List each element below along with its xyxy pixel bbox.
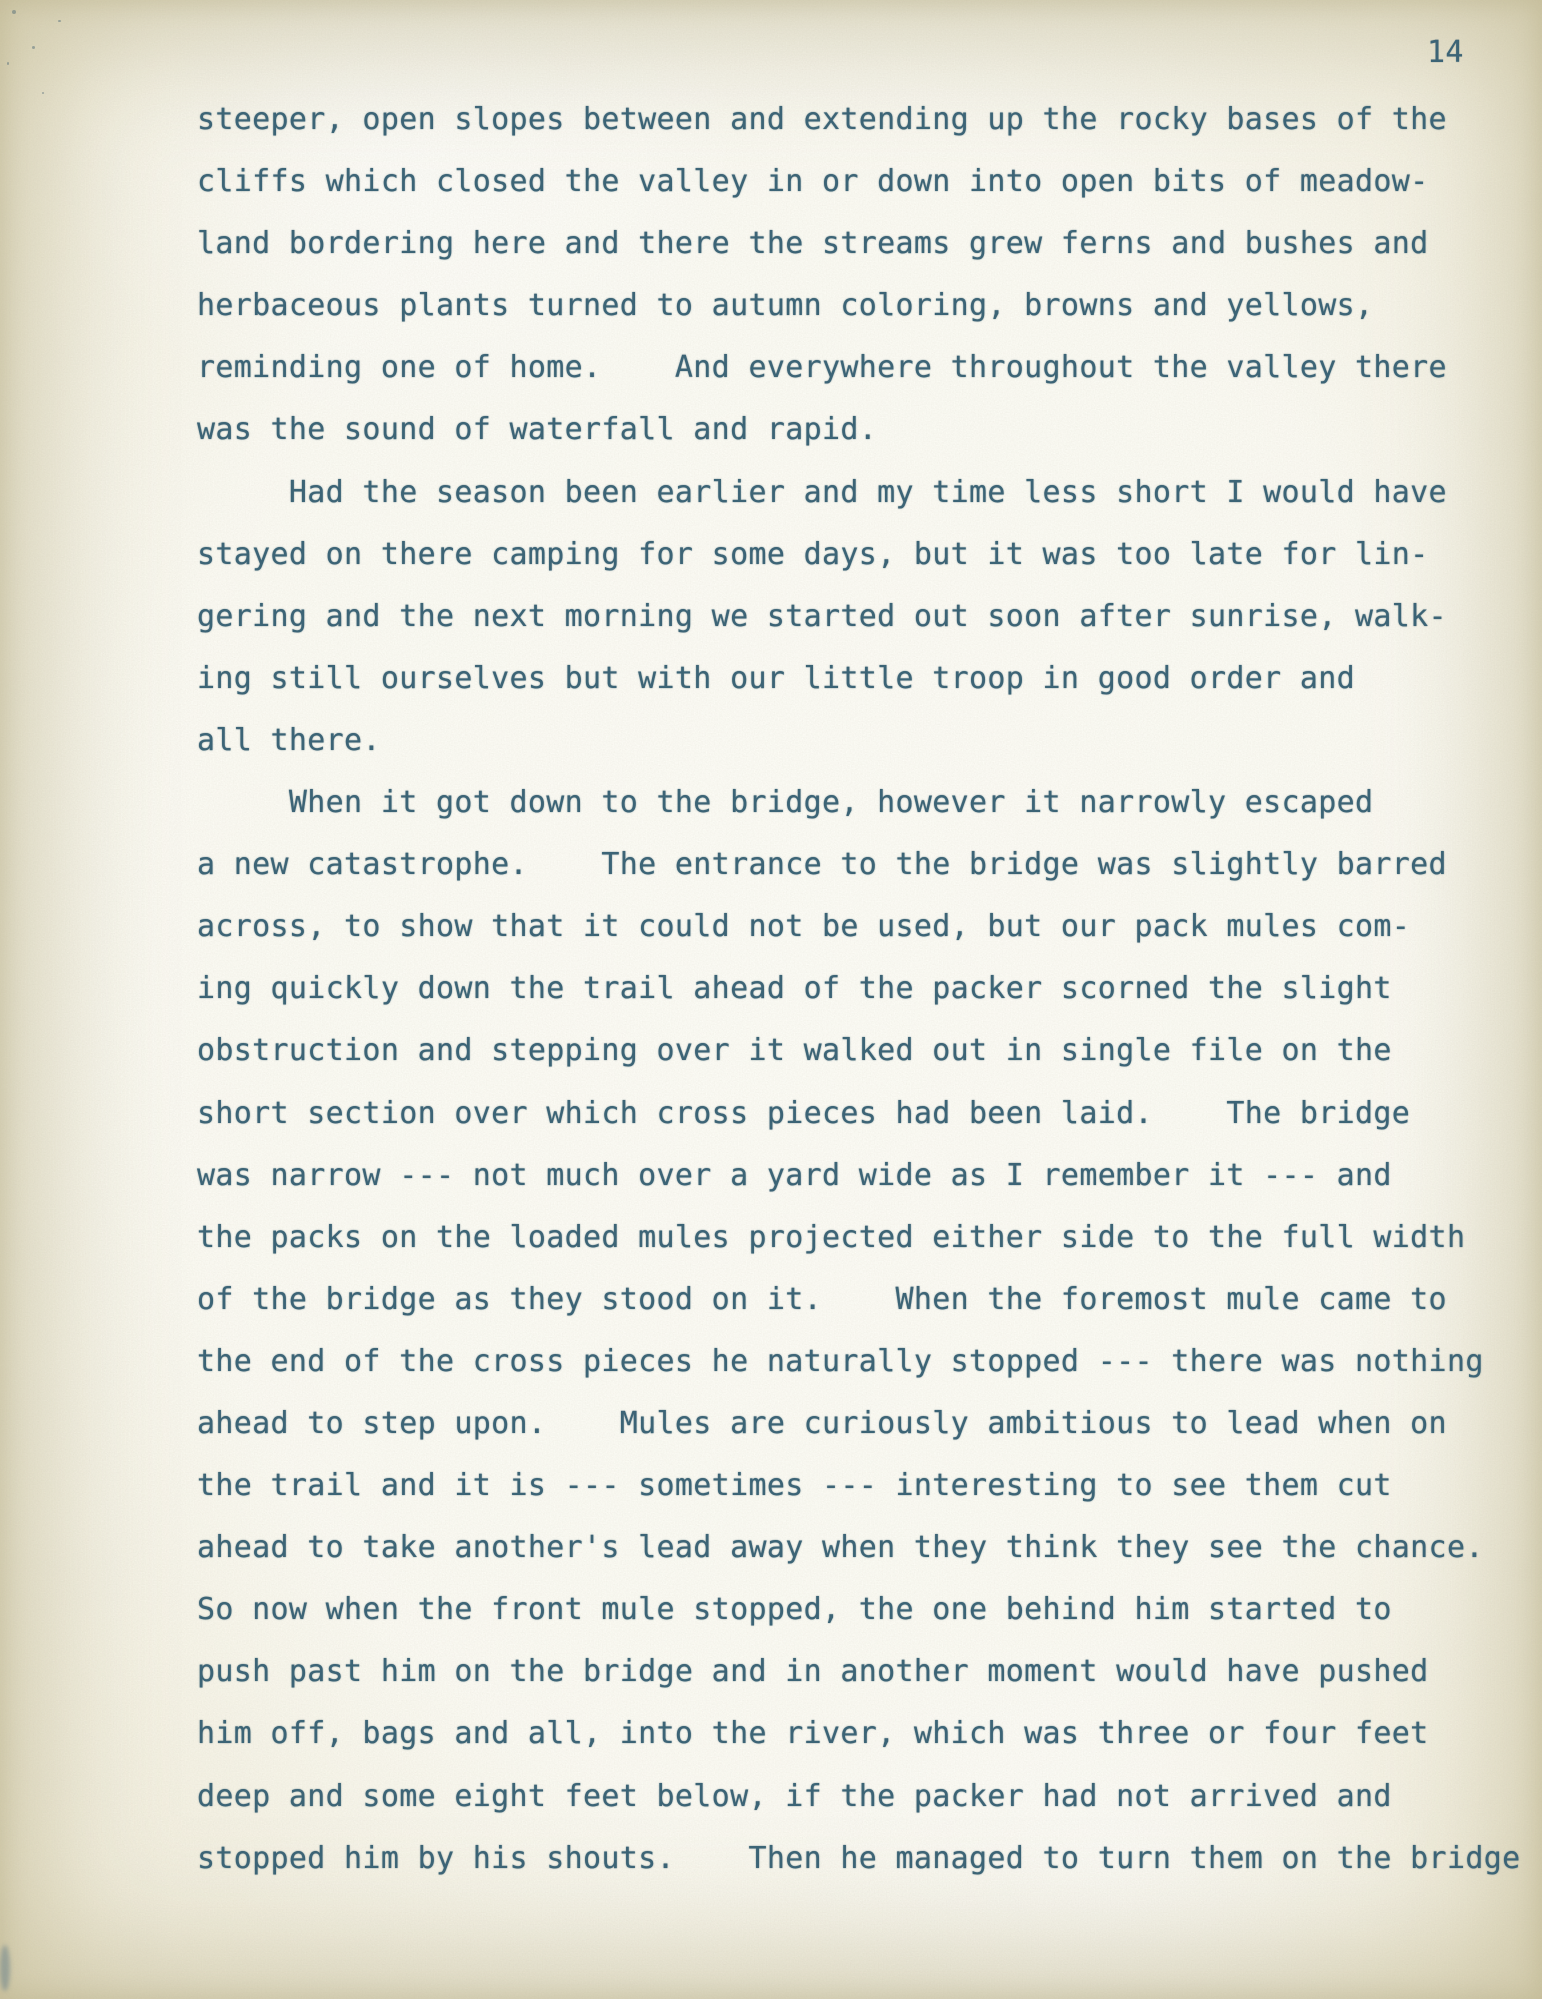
text-line: reminding one of home. And everywhere th… xyxy=(197,337,1520,399)
document-page: 14 steeper, open slopes between and exte… xyxy=(0,0,1542,1999)
text-line: all there. xyxy=(197,710,1520,772)
text-line: ing quickly down the trail ahead of the … xyxy=(197,958,1520,1020)
scan-smudge xyxy=(0,1945,10,1991)
text-line: gering and the next morning we started o… xyxy=(197,586,1520,648)
text-line: the trail and it is --- sometimes --- in… xyxy=(197,1455,1520,1517)
text-line: stayed on there camping for some days, b… xyxy=(197,524,1520,586)
ink-speck xyxy=(58,20,61,22)
text-line: Had the season been earlier and my time … xyxy=(197,462,1520,524)
text-line: a new catastrophe. The entrance to the b… xyxy=(197,834,1520,896)
text-line: ahead to step upon. Mules are curiously … xyxy=(197,1393,1520,1455)
text-line: ahead to take another's lead away when t… xyxy=(197,1517,1520,1579)
ink-speck xyxy=(32,46,35,49)
ink-speck xyxy=(42,92,44,94)
text-line: across, to show that it could not be use… xyxy=(197,896,1520,958)
text-line: was the sound of waterfall and rapid. xyxy=(197,399,1520,461)
text-line: So now when the front mule stopped, the … xyxy=(197,1579,1520,1641)
text-line: push past him on the bridge and in anoth… xyxy=(197,1641,1520,1703)
text-line: was narrow --- not much over a yard wide… xyxy=(197,1145,1520,1207)
typewritten-text: steeper, open slopes between and extendi… xyxy=(197,89,1520,1890)
page-number: 14 xyxy=(1427,36,1464,70)
text-line: land bordering here and there the stream… xyxy=(197,213,1520,275)
text-line: herbaceous plants turned to autumn color… xyxy=(197,275,1520,337)
ink-speck xyxy=(7,62,9,65)
text-line: ing still ourselves but with our little … xyxy=(197,648,1520,710)
text-line: cliffs which closed the valley in or dow… xyxy=(197,151,1520,213)
text-line: him off, bags and all, into the river, w… xyxy=(197,1703,1520,1765)
text-line: the packs on the loaded mules projected … xyxy=(197,1207,1520,1269)
text-line: short section over which cross pieces ha… xyxy=(197,1083,1520,1145)
text-line: of the bridge as they stood on it. When … xyxy=(197,1269,1520,1331)
text-line: deep and some eight feet below, if the p… xyxy=(197,1766,1520,1828)
text-line: steeper, open slopes between and extendi… xyxy=(197,89,1520,151)
text-line: When it got down to the bridge, however … xyxy=(197,772,1520,834)
text-line: stopped him by his shouts. Then he manag… xyxy=(197,1828,1520,1890)
ink-speck xyxy=(12,10,16,14)
text-line: obstruction and stepping over it walked … xyxy=(197,1020,1520,1082)
text-line: the end of the cross pieces he naturally… xyxy=(197,1331,1520,1393)
